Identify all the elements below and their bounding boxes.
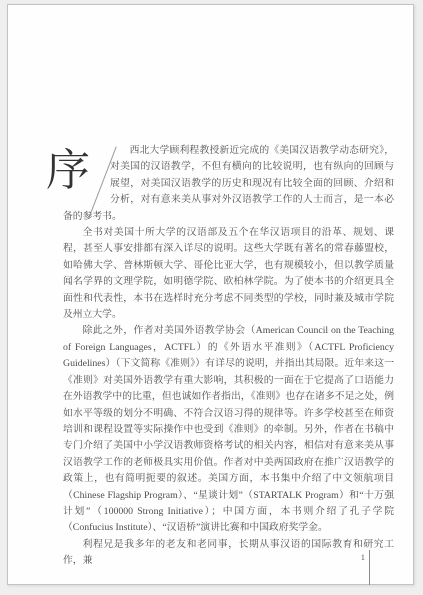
footer-divider bbox=[369, 550, 370, 585]
preface-paragraph-2: 全书对美国十所大学的汉语部及五个在华汉语项目的沿革、规划、课程，甚至人事安排都有… bbox=[63, 225, 394, 323]
preface-paragraph-3: 除此之外，作者对美国外语教学协会（American Council on the… bbox=[63, 323, 394, 536]
heading-spacer bbox=[63, 143, 110, 201]
preface-body: 西北大学顾利程教授新近完成的《美国汉语教学动态研究》，对美国的汉语教学，不但有横… bbox=[63, 143, 394, 570]
page-number: 1 bbox=[352, 551, 365, 563]
preface-paragraph-4: 利程兄是我多年的老友和老同事，长期从事汉语的国际教育和研究工作，兼 bbox=[63, 537, 394, 570]
document-page: 序 西北大学顾利程教授新近完成的《美国汉语教学动态研究》，对美国的汉语教学，不但… bbox=[7, 4, 414, 585]
preface-paragraph-1: 西北大学顾利程教授新近完成的《美国汉语教学动态研究》，对美国的汉语教学，不但有横… bbox=[63, 143, 394, 225]
